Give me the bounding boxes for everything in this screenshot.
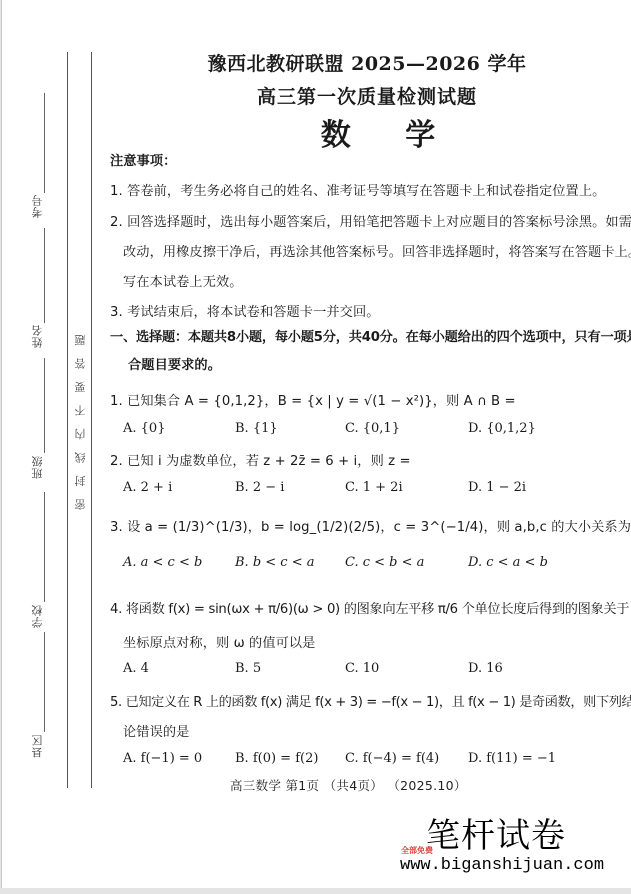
note-item-3: 3. 考试结束后，将本试卷和答题卡一并交回。: [110, 301, 380, 320]
note-item-2-cont2: 写在本试卷上无效。: [123, 271, 243, 290]
exam-title-name: 高三第一次质量检测试题: [102, 82, 631, 109]
exam-page: 考号 姓名 班级 学校 县区 密封线内不要答题 豫西北教研联盟 2025—202…: [1, 0, 631, 888]
field-label-kaohao: 考号: [30, 194, 46, 218]
section-heading: 一、选择题：本题共8小题，每小题5分，共40分。在每小题给出的四个选项中，只有一…: [110, 326, 631, 345]
field-line-xingming: [44, 228, 45, 323]
binding-line-outer: [67, 52, 68, 788]
binding-line-inner: [91, 52, 92, 788]
question-4-stem-cont: 坐标原点对称，则 ω 的值可以是: [123, 632, 315, 651]
question-5-stem-cont: 论错误的是: [123, 721, 189, 740]
field-line-xuexiao: [44, 492, 45, 602]
question-4-option-b: B. 5: [235, 661, 261, 676]
question-2-option-a: A. 2 + i: [123, 480, 172, 495]
question-1-option-d: D. {0,1,2}: [468, 421, 536, 436]
exam-title-union: 豫西北教研联盟 2025—2026 学年: [102, 49, 631, 76]
watermark-free-tag: 全部免费: [401, 845, 433, 856]
field-line-banji: [44, 358, 45, 453]
notes-heading: 注意事项：: [110, 150, 176, 169]
field-label-xingming: 姓名: [30, 324, 46, 348]
question-4-stem: 4. 将函数 f(x) = sin(ωx + π/6)(ω > 0) 的图象向左…: [110, 598, 629, 617]
question-2-option-c: C. 1 + 2i: [345, 480, 403, 495]
note-item-1: 1. 答卷前，考生务必将自己的姓名、准考证号等填写在答题卡上和试卷指定位置上。: [110, 180, 605, 199]
question-3-option-d: D. c < a < b: [468, 555, 548, 570]
exam-subject: 数 学: [102, 110, 631, 154]
question-2-stem: 2. 已知 i 为虚数单位，若 z + 2z̄ = 6 + i，则 z =: [110, 450, 411, 469]
field-line-kaohao: [44, 93, 45, 193]
section-heading-cont: 合题目要求的。: [128, 354, 221, 373]
question-3-option-b: B. b < c < a: [235, 555, 315, 570]
page-footer: 高三数学 第1页 （共4页） （2025.10）: [230, 776, 467, 794]
question-5-stem: 5. 已知定义在 R 上的函数 f(x) 满足 f(x + 3) = −f(x …: [110, 691, 631, 710]
question-3-option-c: C. c < b < a: [345, 555, 424, 570]
field-line-xianqu: [44, 632, 45, 732]
question-2-option-d: D. 1 − 2i: [468, 480, 526, 495]
question-1-stem: 1. 已知集合 A = {0,1,2}，B = {x | y = √(1 − x…: [110, 390, 516, 409]
question-5-option-c: C. f(−4) = f(4): [345, 751, 439, 766]
question-3-stem: 3. 设 a = (1/3)^(1/3)，b = log_(1/2)(2/5)，…: [110, 516, 631, 535]
seal-line-notice: 密封线内不要答题: [73, 322, 89, 510]
question-4-option-c: C. 10: [345, 661, 379, 676]
question-4-option-a: A. 4: [123, 661, 149, 676]
question-1-option-a: A. {0}: [123, 421, 165, 436]
field-label-xuexiao: 学校: [30, 604, 46, 628]
watermark-brand: 笔杆试卷: [426, 818, 566, 854]
question-3-option-a: A. a < c < b: [123, 555, 202, 570]
question-4-option-d: D. 16: [468, 661, 503, 676]
watermark-url: www.biganshijuan.com: [400, 856, 604, 875]
question-5-option-b: B. f(0) = f(2): [235, 751, 318, 766]
question-2-option-b: B. 2 − i: [235, 480, 284, 495]
note-item-2-cont: 改动，用橡皮擦干净后，再选涂其他答案标号。回答非选择题时，将答案写在答题卡上。: [123, 241, 631, 260]
question-5-option-d: D. f(11) = −1: [468, 751, 556, 766]
note-item-2: 2. 回答选择题时，选出每小题答案后，用铅笔把答题卡上对应题目的答案标号涂黑。如…: [110, 211, 631, 230]
field-label-banji: 班级: [30, 455, 46, 479]
question-1-option-c: C. {0,1}: [345, 421, 400, 436]
question-5-option-a: A. f(−1) = 0: [123, 751, 202, 766]
question-1-option-b: B. {1}: [235, 421, 278, 436]
field-label-xianqu: 县区: [30, 734, 46, 758]
